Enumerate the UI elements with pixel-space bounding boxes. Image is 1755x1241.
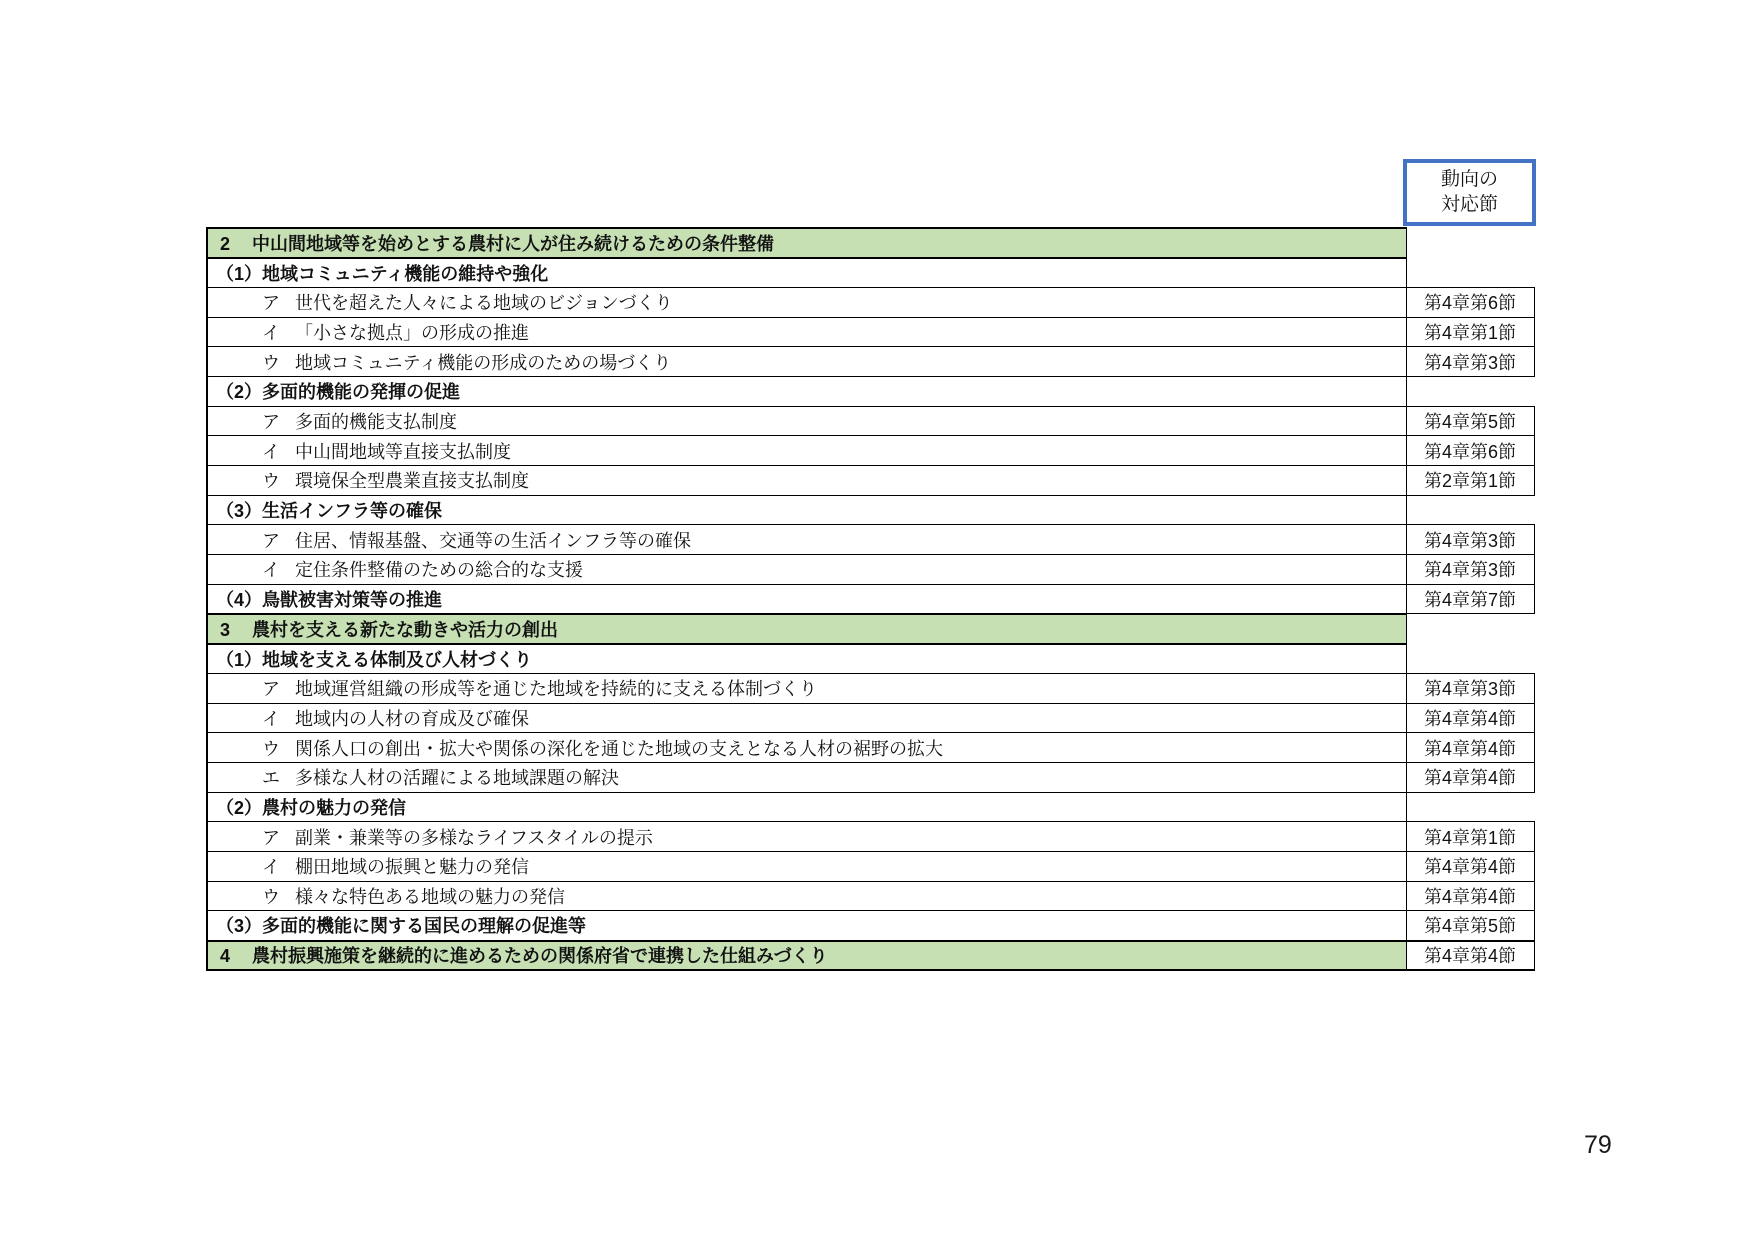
reference-section-cell (1406, 644, 1534, 674)
topic-label: 様々な特色ある地域の魅力の発信 (295, 887, 565, 907)
reference-section-cell: 第4章第5節 (1406, 406, 1534, 436)
topic-label: 中山間地域等直接支払制度 (295, 442, 511, 462)
topic-label: 農村の魅力の発信 (262, 798, 406, 818)
table-row: （2）農村の魅力の発信 (207, 792, 1534, 822)
topic-number: ウ (262, 471, 280, 491)
reference-section-cell (1406, 792, 1534, 822)
topic-cell: イ地域内の人材の育成及び確保 (207, 703, 1406, 733)
topic-label: 多面的機能の発揮の促進 (262, 382, 460, 402)
reference-section-cell: 第4章第3節 (1406, 525, 1534, 555)
topic-cell: ウ環境保全型農業直接支払制度 (207, 466, 1406, 496)
reference-section-cell: 第4章第4節 (1406, 941, 1534, 971)
table-row: ウ関係人口の創出・拡大や関係の深化を通じた地域の支えとなる人材の裾野の拡大第4章… (207, 733, 1534, 763)
topic-number: ア (262, 293, 280, 313)
topic-cell: 3農村を支える新たな動きや活力の創出 (207, 614, 1406, 644)
table-row: エ多様な人材の活躍による地域課題の解決第4章第4節 (207, 762, 1534, 792)
topic-number: 2 (220, 234, 230, 254)
table-row: イ棚田地域の振興と魅力の発信第4章第4節 (207, 851, 1534, 881)
topic-number: （2） (216, 382, 262, 402)
reference-section-cell: 第4章第6節 (1406, 287, 1534, 317)
topic-cell: イ中山間地域等直接支払制度 (207, 436, 1406, 466)
table-row: （1）地域を支える体制及び人材づくり (207, 644, 1534, 674)
contents-table: 2中山間地域等を始めとする農村に人が住み続けるための条件整備（1）地域コミュニテ… (206, 227, 1535, 971)
table-row: 4農村振興施策を継続的に進めるための関係府省で連携した仕組みづくり第4章第4節 (207, 941, 1534, 971)
table-row: ア地域運営組織の形成等を通じた地域を持続的に支える体制づくり第4章第3節 (207, 673, 1534, 703)
topic-label: 棚田地域の振興と魅力の発信 (295, 857, 529, 877)
reference-section-cell: 第4章第3節 (1406, 555, 1534, 585)
topic-number: （2） (216, 798, 262, 818)
reference-section-cell: 第4章第4節 (1406, 703, 1534, 733)
reference-section-cell (1406, 495, 1534, 525)
reference-section-cell: 第4章第6節 (1406, 436, 1534, 466)
topic-cell: エ多様な人材の活躍による地域課題の解決 (207, 762, 1406, 792)
topic-label: 多面的機能に関する国民の理解の促進等 (262, 916, 586, 936)
reference-section-cell: 第4章第3節 (1406, 347, 1534, 377)
page-number: 79 (1584, 1131, 1612, 1160)
topic-label: 多様な人材の活躍による地域課題の解決 (295, 768, 619, 788)
topic-number: イ (262, 442, 280, 462)
header-line-2: 対応節 (1441, 193, 1498, 218)
topic-cell: ア住居、情報基盤、交通等の生活インフラ等の確保 (207, 525, 1406, 555)
reference-section-cell (1406, 228, 1534, 258)
topic-cell: （2）農村の魅力の発信 (207, 792, 1406, 822)
table-row: （2）多面的機能の発揮の促進 (207, 376, 1534, 406)
topic-number: 3 (220, 620, 230, 640)
topic-label: 住居、情報基盤、交通等の生活インフラ等の確保 (295, 531, 691, 551)
table-row: ア多面的機能支払制度第4章第5節 (207, 406, 1534, 436)
topic-number: ア (262, 412, 280, 432)
topic-cell: 4農村振興施策を継続的に進めるための関係府省で連携した仕組みづくり (207, 941, 1406, 971)
table-row: （4）鳥獣被害対策等の推進第4章第7節 (207, 584, 1534, 614)
topic-number: イ (262, 857, 280, 877)
topic-cell: ア世代を超えた人々による地域のビジョンづくり (207, 287, 1406, 317)
topic-cell: （1）地域コミュニティ機能の維持や強化 (207, 258, 1406, 288)
topic-label: 中山間地域等を始めとする農村に人が住み続けるための条件整備 (252, 234, 774, 254)
topic-label: 地域内の人材の育成及び確保 (295, 709, 529, 729)
table-row: ア世代を超えた人々による地域のビジョンづくり第4章第6節 (207, 287, 1534, 317)
reference-section-cell (1406, 614, 1534, 644)
table-row: イ地域内の人材の育成及び確保第4章第4節 (207, 703, 1534, 733)
topic-cell: （3）生活インフラ等の確保 (207, 495, 1406, 525)
topic-label: 地域を支える体制及び人材づくり (262, 650, 532, 670)
topic-cell: ア副業・兼業等の多様なライフスタイルの提示 (207, 822, 1406, 852)
topic-label: 地域コミュニティ機能の形成のための場づくり (295, 353, 671, 373)
topic-number: イ (262, 709, 280, 729)
table-row: イ中山間地域等直接支払制度第4章第6節 (207, 436, 1534, 466)
topic-cell: （1）地域を支える体制及び人材づくり (207, 644, 1406, 674)
reference-section-cell (1406, 376, 1534, 406)
topic-cell: 2中山間地域等を始めとする農村に人が住み続けるための条件整備 (207, 228, 1406, 258)
reference-section-cell: 第4章第5節 (1406, 911, 1534, 941)
topic-number: ウ (262, 887, 280, 907)
topic-label: 地域運営組織の形成等を通じた地域を持続的に支える体制づくり (295, 679, 817, 699)
reference-section-cell: 第4章第4節 (1406, 733, 1534, 763)
contents-table-body: 2中山間地域等を始めとする農村に人が住み続けるための条件整備（1）地域コミュニテ… (207, 228, 1534, 970)
table-row: （3）多面的機能に関する国民の理解の促進等第4章第5節 (207, 911, 1534, 941)
topic-number: ア (262, 679, 280, 699)
header-line-1: 動向の (1441, 168, 1498, 193)
table-row: イ定住条件整備のための総合的な支援第4章第3節 (207, 555, 1534, 585)
reference-section-cell: 第4章第7節 (1406, 584, 1534, 614)
topic-label: 関係人口の創出・拡大や関係の深化を通じた地域の支えとなる人材の裾野の拡大 (295, 739, 943, 759)
topic-number: （1） (216, 264, 262, 284)
table-row: 2中山間地域等を始めとする農村に人が住み続けるための条件整備 (207, 228, 1534, 258)
topic-label: 副業・兼業等の多様なライフスタイルの提示 (295, 828, 653, 848)
topic-cell: ウ地域コミュニティ機能の形成のための場づくり (207, 347, 1406, 377)
topic-label: 地域コミュニティ機能の維持や強化 (262, 264, 548, 284)
topic-cell: ウ様々な特色ある地域の魅力の発信 (207, 881, 1406, 911)
table-row: ウ地域コミュニティ機能の形成のための場づくり第4章第3節 (207, 347, 1534, 377)
topic-label: 環境保全型農業直接支払制度 (295, 471, 529, 491)
topic-cell: イ定住条件整備のための総合的な支援 (207, 555, 1406, 585)
table-row: 3農村を支える新たな動きや活力の創出 (207, 614, 1534, 644)
topic-number: エ (262, 768, 280, 788)
topic-cell: イ棚田地域の振興と魅力の発信 (207, 851, 1406, 881)
reference-section-cell: 第2章第1節 (1406, 466, 1534, 496)
table-row: （3）生活インフラ等の確保 (207, 495, 1534, 525)
table-row: ア副業・兼業等の多様なライフスタイルの提示第4章第1節 (207, 822, 1534, 852)
topic-label: 多面的機能支払制度 (295, 412, 457, 432)
topic-label: 「小さな拠点」の形成の推進 (295, 323, 529, 343)
topic-number: （3） (216, 916, 262, 936)
reference-section-cell: 第4章第4節 (1406, 762, 1534, 792)
reference-section-cell: 第4章第4節 (1406, 881, 1534, 911)
topic-number: ウ (262, 353, 280, 373)
topic-cell: （4）鳥獣被害対策等の推進 (207, 584, 1406, 614)
topic-label: 農村を支える新たな動きや活力の創出 (252, 620, 558, 640)
topic-number: イ (262, 323, 280, 343)
document-page: { "colors": { "section_bg": "#c6e0b4", "… (0, 0, 1755, 1241)
topic-number: ア (262, 531, 280, 551)
topic-cell: （3）多面的機能に関する国民の理解の促進等 (207, 911, 1406, 941)
reference-column-header-box: 動向の 対応節 (1403, 159, 1536, 226)
topic-number: （4） (216, 590, 262, 610)
topic-label: 農村振興施策を継続的に進めるための関係府省で連携した仕組みづくり (252, 946, 828, 966)
reference-section-cell: 第4章第3節 (1406, 673, 1534, 703)
reference-section-cell (1406, 258, 1534, 288)
topic-number: （1） (216, 650, 262, 670)
table-row: ア住居、情報基盤、交通等の生活インフラ等の確保第4章第3節 (207, 525, 1534, 555)
topic-label: 鳥獣被害対策等の推進 (262, 590, 442, 610)
topic-label: 世代を超えた人々による地域のビジョンづくり (295, 293, 673, 313)
table-row: イ「小さな拠点」の形成の推進第4章第1節 (207, 317, 1534, 347)
reference-section-cell: 第4章第1節 (1406, 317, 1534, 347)
topic-number: （3） (216, 501, 262, 521)
table-row: ウ様々な特色ある地域の魅力の発信第4章第4節 (207, 881, 1534, 911)
table-row: （1）地域コミュニティ機能の維持や強化 (207, 258, 1534, 288)
table-row: ウ環境保全型農業直接支払制度第2章第1節 (207, 466, 1534, 496)
topic-label: 生活インフラ等の確保 (262, 501, 442, 521)
topic-cell: ア地域運営組織の形成等を通じた地域を持続的に支える体制づくり (207, 673, 1406, 703)
reference-section-cell: 第4章第4節 (1406, 851, 1534, 881)
topic-number: イ (262, 560, 280, 580)
topic-cell: ア多面的機能支払制度 (207, 406, 1406, 436)
topic-cell: ウ関係人口の創出・拡大や関係の深化を通じた地域の支えとなる人材の裾野の拡大 (207, 733, 1406, 763)
topic-number: 4 (220, 946, 230, 966)
topic-cell: （2）多面的機能の発揮の促進 (207, 376, 1406, 406)
topic-number: ウ (262, 739, 280, 759)
topic-label: 定住条件整備のための総合的な支援 (295, 560, 583, 580)
reference-section-cell: 第4章第1節 (1406, 822, 1534, 852)
topic-cell: イ「小さな拠点」の形成の推進 (207, 317, 1406, 347)
topic-number: ア (262, 828, 280, 848)
